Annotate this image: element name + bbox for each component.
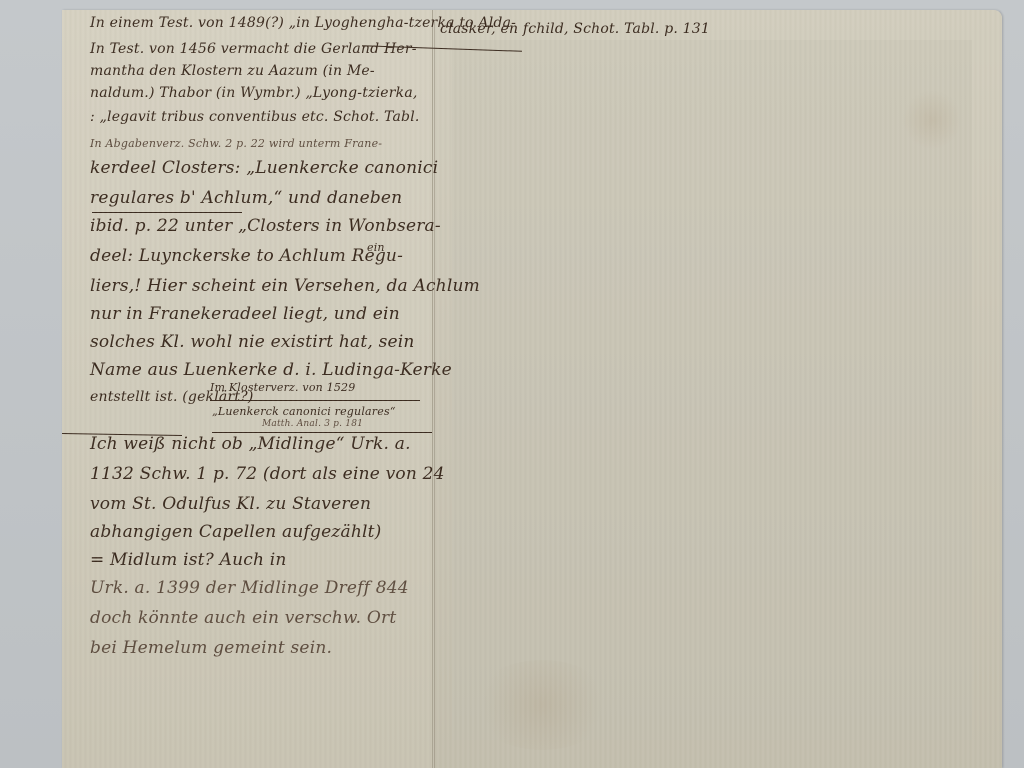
handwriting-line: = Midlum ist? Auch in	[90, 552, 286, 569]
handwriting-line: deel: Luynckerske to Achlum Regu-	[90, 248, 403, 265]
handwriting-line: naldum.) Thabor (in Wymbr.) „Lyong-tzier…	[90, 86, 418, 100]
handwriting-line: regulares b' Achlum,“ und daneben	[90, 190, 402, 207]
ink-underline	[212, 432, 432, 433]
handwriting-line: Name aus Luenkerke d. i. Ludinga-Kerke	[90, 362, 452, 379]
marginal-note-line: Matth. Anal. 3 p. 181	[262, 420, 363, 429]
handwriting-top-right: clasker, en fchild, Schot. Tabl. p. 131	[440, 22, 710, 36]
handwriting-line: liers,! Hier scheint ein Versehen, da Ac…	[90, 278, 480, 295]
handwriting-line: vom St. Odulfus Kl. zu Staveren	[90, 496, 371, 513]
ink-underline	[92, 212, 242, 213]
manuscript-sheet: In einem Test. von 1489(?) „in Lyoghengh…	[62, 10, 1002, 768]
handwriting-line: Urk. a. 1399 der Midlinge Dreff 844	[90, 580, 409, 597]
blank-plate-area	[452, 40, 972, 740]
foxing-stain	[472, 660, 612, 750]
photo-backdrop: In einem Test. von 1489(?) „in Lyoghengh…	[0, 0, 1024, 768]
handwriting-line: ibid. p. 22 unter „Closters in Wonbsera-	[90, 218, 441, 235]
ink-underline	[210, 400, 420, 401]
superscript-note: ein	[367, 242, 385, 253]
handwriting-line: solches Kl. wohl nie existirt hat, sein	[90, 334, 415, 351]
handwriting-line: : „legavit tribus conventibus etc. Schot…	[90, 110, 420, 124]
foxing-stain	[902, 90, 962, 150]
handwriting-line: In Abgabenverz. Schw. 2 p. 22 wird unter…	[90, 138, 382, 149]
handwriting-line: mantha den Klostern zu Aazum (in Me-	[90, 64, 375, 78]
marginal-note-line: Im Klosterverz. von 1529	[210, 382, 355, 393]
handwriting-line: In Test. von 1456 vermacht die Gerland H…	[90, 42, 417, 56]
handwriting-line: 1132 Schw. 1 p. 72 (dort als eine von 24	[90, 466, 445, 483]
handwriting-line: Ich weiß nicht ob „Midlinge“ Urk. a.	[90, 436, 411, 453]
paper-fold-line	[434, 22, 435, 768]
handwriting-line: kerdeel Closters: „Luenkercke canonici	[90, 160, 438, 177]
handwriting-line: doch könnte auch ein verschw. Ort	[90, 610, 396, 627]
handwriting-line: abhangigen Capellen aufgezählt)	[90, 524, 382, 541]
handwriting-line: bei Hemelum gemeint sein.	[90, 640, 332, 657]
handwriting-line: nur in Franekeradeel liegt, und ein	[90, 306, 400, 323]
marginal-note-line: „Luenkerck canonici regulares“	[212, 406, 396, 417]
